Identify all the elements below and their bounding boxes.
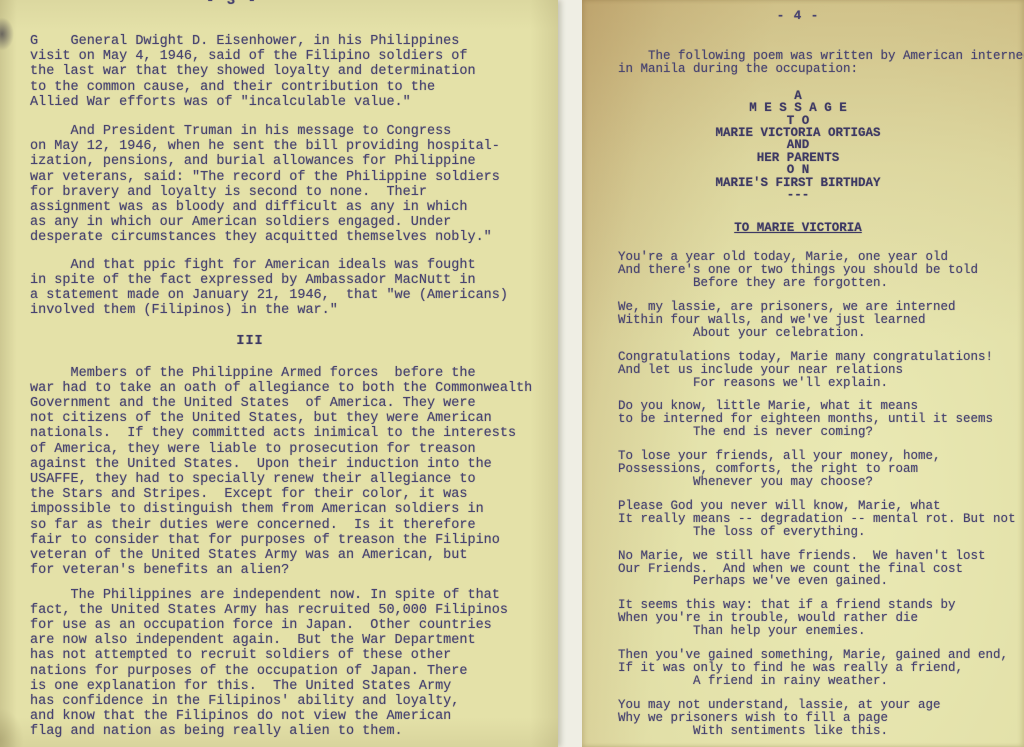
page-4-body: - 4 - The following poem was written by … (618, 0, 1022, 747)
text-line: The loss of everything. (618, 526, 1022, 539)
text-line: Please God you never will know, Marie, w… (618, 500, 1022, 513)
section-heading-iii: III (30, 334, 470, 349)
poem-stanza: To lose your friends, all your money, ho… (618, 450, 1022, 489)
text-line: nations for purposes of the occupation o… (30, 664, 558, 679)
text-line: Why we prisoners wish to fill a page (618, 712, 1022, 725)
text-line: We, my lassie, are prisoners, we are int… (618, 301, 1022, 314)
paragraph-eisenhower-quote: G General Dwight D. Eisenhower, in his P… (30, 34, 558, 110)
text-line: the Stars and Stripes. Except for their … (30, 487, 558, 502)
text-line: About your celebration. (618, 327, 1022, 340)
poem-stanza: Then you've gained something, Marie, gai… (618, 649, 1022, 688)
text-line: A friend in rainy weather. (618, 675, 1022, 688)
poem-dedication-block: AM E S S A G ET OMARIE VICTORIA ORTIGASA… (618, 90, 978, 202)
text-line: Government and the United States of Amer… (30, 396, 558, 411)
text-line: Congratulations today, Marie many congra… (618, 351, 1022, 364)
text-line: Before they are forgotten. (618, 277, 1022, 290)
paragraph-philippines-independence: The Philippines are independent now. In … (30, 588, 558, 740)
poem-stanza: No Marie, we still have friends. We have… (618, 550, 1022, 589)
text-line: Members of the Philippine Armed forces b… (30, 366, 558, 381)
text-line: M E S S A G E (618, 102, 978, 114)
text-line: Whenever you may choose? (618, 476, 1022, 489)
text-line: It really means -- degradation -- mental… (618, 513, 1022, 526)
poem-stanza: We, my lassie, are prisoners, we are int… (618, 301, 1022, 340)
text-line: on May 12, 1946, when he sent the bill p… (30, 139, 558, 154)
text-line: the last war that they showed loyalty an… (30, 64, 558, 79)
text-line: in spite of the fact expressed by Ambass… (30, 273, 558, 288)
text-line: You may not understand, lassie, at your … (618, 699, 1022, 712)
text-line: With sentiments like this. (618, 725, 1022, 738)
paragraph-truman-quote: And President Truman in his message to C… (30, 124, 558, 246)
text-line: desperate circumstances they acquitted t… (30, 230, 558, 245)
text-line: --- (618, 189, 978, 201)
text-line: Perhaps we've even gained. (618, 575, 1022, 588)
paragraph-macnutt-quote: And that ppic fight for American ideals … (30, 258, 558, 319)
text-line: in Manila during the occupation: (618, 63, 1022, 76)
text-line: visit on May 4, 1946, said of the Filipi… (30, 49, 558, 64)
poem-stanza: Do you know, little Marie, what it means… (618, 400, 1022, 439)
poem-stanza: It seems this way: that if a friend stan… (618, 599, 1022, 638)
text-line: And President Truman in his message to C… (30, 124, 558, 139)
text-line: fact, the United States Army has recruit… (30, 603, 558, 618)
paragraph-oath-of-allegiance: Members of the Philippine Armed forces b… (30, 366, 558, 579)
text-line: Then you've gained something, Marie, gai… (618, 649, 1022, 662)
text-line: as any in which our American soldiers en… (30, 215, 558, 230)
text-line: so far as their duties were concerned. I… (30, 518, 558, 533)
text-line: has not attempted to recruit soldiers of… (30, 648, 558, 663)
text-line: a statement made on January 21, 1946, th… (30, 288, 558, 303)
text-line: Than help your enemies. (618, 625, 1022, 638)
text-line: of America, they were liable to prosecut… (30, 442, 558, 457)
poem-stanza: You may not understand, lassie, at your … (618, 699, 1022, 738)
poem-title: TO MARIE VICTORIA (618, 222, 978, 235)
poem-introduction: The following poem was written by Americ… (618, 50, 1022, 76)
page-number: - 4 - (618, 10, 978, 23)
text-line: war had to take an oath of allegiance to… (30, 381, 558, 396)
text-line: The following poem was written by Americ… (618, 50, 1022, 63)
text-line: war veterans, said: "The record of the P… (30, 170, 558, 185)
text-line: to the common cause, and their contribut… (30, 80, 558, 95)
text-line: are now also independent again. But the … (30, 633, 558, 648)
text-line: against the United States. Upon their in… (30, 457, 558, 472)
page-3-body: G General Dwight D. Eisenhower, in his P… (30, 0, 558, 740)
text-line: Within four walls, and we've just learne… (618, 314, 1022, 327)
text-line: Allied War efforts was of "incalculable … (30, 95, 558, 110)
text-line: AND (618, 139, 978, 151)
text-line: has confidence in the Filipinos' ability… (30, 694, 558, 709)
text-line: G General Dwight D. Eisenhower, in his P… (30, 34, 558, 49)
poem-stanza: Congratulations today, Marie many congra… (618, 351, 1022, 390)
page-3: - 3 - G General Dwight D. Eisenhower, in… (0, 0, 558, 747)
text-line: flag and nation as being really alien to… (30, 724, 558, 739)
text-line: nationals. If they committed acts inimic… (30, 426, 558, 441)
text-line: ization, pensions, and burial allowances… (30, 154, 558, 169)
text-line: assignment was as bloody and difficult a… (30, 200, 558, 215)
text-line: impossible to distinguish them from Amer… (30, 502, 558, 517)
text-line: The Philippines are independent now. In … (30, 588, 558, 603)
text-line: is one explanation for this. The United … (30, 679, 558, 694)
poem-stanza: Please God you never will know, Marie, w… (618, 500, 1022, 539)
poem-stanza: You're a year old today, Marie, one year… (618, 251, 1022, 290)
text-line: If it was only to find he was really a f… (618, 662, 1022, 675)
text-line: and know that the Filipinos do not view … (30, 709, 558, 724)
text-line: veteran of the United States Army was an… (30, 548, 558, 563)
text-line: And let us include your near relations (618, 364, 1022, 377)
text-line: O N (618, 164, 978, 176)
poem-stanzas: You're a year old today, Marie, one year… (618, 251, 1022, 737)
text-line: not citizens of the United States, but t… (30, 411, 558, 426)
text-line: USAFFE, they had to specially renew thei… (30, 472, 558, 487)
text-line: involved them (Filipinos) in the war." (30, 303, 558, 318)
text-line: The end is never coming? (618, 426, 1022, 439)
text-line: for use as an occupation force in Japan.… (30, 618, 558, 633)
text-line: For reasons we'll explain. (618, 377, 1022, 390)
page-4: - 4 - The following poem was written by … (582, 0, 1024, 747)
scanned-document: - 3 - G General Dwight D. Eisenhower, in… (0, 0, 1024, 747)
text-line: fair to consider that for purposes of tr… (30, 533, 558, 548)
text-line: No Marie, we still have friends. We have… (618, 550, 1022, 563)
text-line: for bravery and loyalty is second to non… (30, 185, 558, 200)
text-line: for veteran's benefits an alien? (30, 563, 558, 578)
text-line: And that ppic fight for American ideals … (30, 258, 558, 273)
